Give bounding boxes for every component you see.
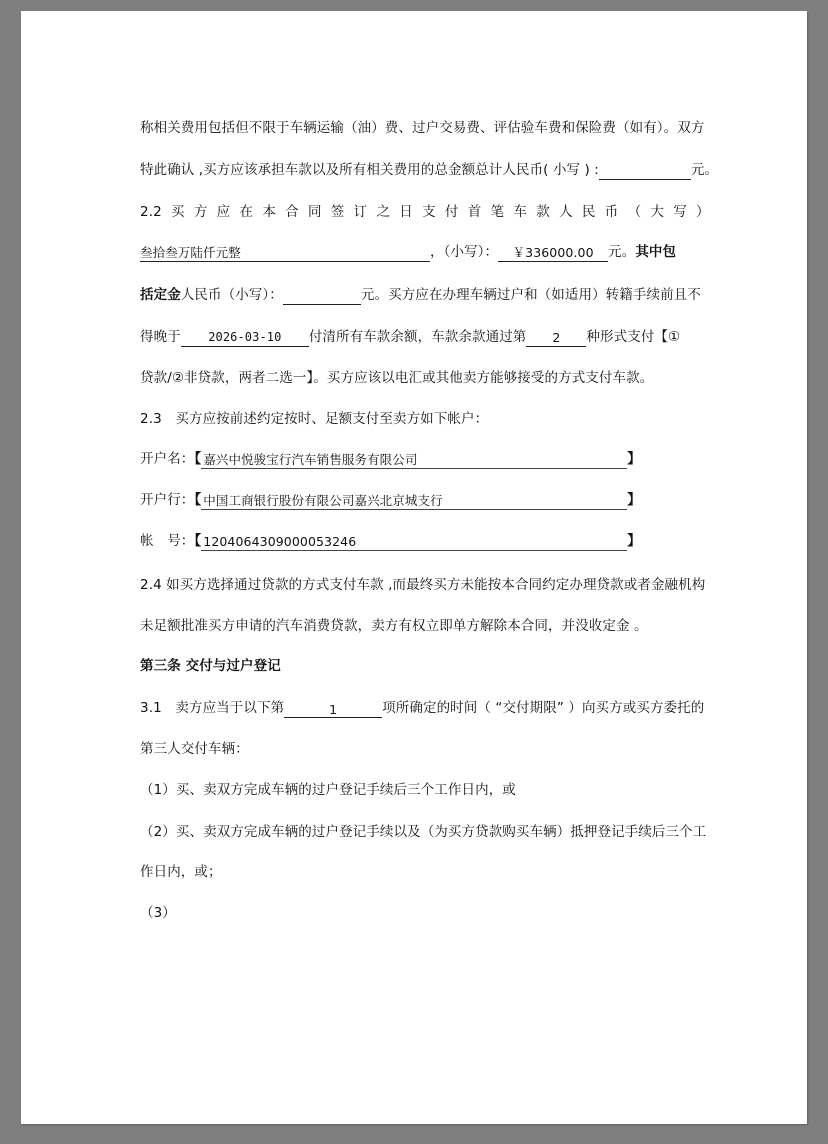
close-bracket: 】 — [627, 492, 641, 508]
section-3-1-line1: 3.1 卖方应当于以下第1项所确定的时间（ “交付期限” ）向买方或买方委托的 — [140, 698, 710, 718]
heading-char: 支 — [422, 202, 436, 222]
deposit-bold-text-2: 括定金 — [140, 287, 181, 303]
section-2-2-deadline-line: 得晚于2026-03-10付清所有车款余额，车款余款通过第2种形式支付【① — [140, 327, 710, 347]
heading-char: 大 — [650, 202, 664, 222]
account-bank-field[interactable]: 中国工商银行股份有限公司嘉兴北京城支行 — [201, 492, 627, 510]
deposit-label: 人民币（小写）： — [181, 287, 283, 303]
heading-char: 方 — [194, 202, 208, 222]
delivery-option-3: （3） — [140, 903, 710, 923]
yuan-label: 元。 — [691, 162, 718, 178]
section-2-2-deposit-line: 括定金人民币（小写）：元。买方应在办理车辆过户和（如适用）转籍手续前且不 — [140, 285, 710, 305]
payment-form-field[interactable]: 2 — [526, 329, 586, 347]
deadline-date-field[interactable]: 2026-03-10 — [181, 329, 309, 347]
paragraph-fees-line1: 称相关费用包括但不限于车辆运输（油）费、过户交易费、评估验车费和保险费（如有）。… — [140, 118, 710, 138]
account-name-field[interactable]: 嘉兴中悦骏宝行汽车销售服务有限公司 — [201, 451, 627, 469]
account-name-row: 开户名：【嘉兴中悦骏宝行汽车销售服务有限公司】 — [140, 449, 710, 469]
yuan-label: 元。 — [608, 244, 635, 260]
heading-char: 2.2 — [140, 202, 162, 222]
section-3-1-prefix: 3.1 卖方应当于以下第 — [140, 700, 284, 716]
open-bracket: 【 — [194, 533, 201, 549]
section-3-1-line2: 第三人交付车辆： — [140, 739, 710, 759]
heading-char: 日 — [399, 202, 413, 222]
section-2-4-line1: 2.4 如买方选择通过贷款的方式支付车款 ,而最终买方未能按本合同约定办理贷款或… — [140, 575, 710, 595]
close-bracket: 】 — [627, 533, 641, 549]
amount-uppercase-field[interactable]: 叁拾叁万陆仟元整 — [140, 244, 430, 262]
heading-char: 款 — [536, 202, 550, 222]
close-bracket: 】 — [627, 451, 641, 467]
heading-char: 买 — [171, 202, 185, 222]
heading-char: 笔 — [491, 202, 505, 222]
total-amount-blank[interactable] — [599, 179, 691, 180]
heading-char: 车 — [513, 202, 527, 222]
delivery-option-1: （1）买、卖双方完成车辆的过户登记手续后三个工作日内，或 — [140, 780, 710, 800]
heading-char: 合 — [285, 202, 299, 222]
account-number-label: 帐 号： — [140, 533, 194, 549]
deadline-suffix-text: 种形式支付【① — [586, 329, 680, 345]
heading-char: 付 — [445, 202, 459, 222]
account-bank-label: 开户行： — [140, 492, 194, 508]
deadline-prefix: 得晚于 — [140, 329, 181, 345]
section-2-2-amount-line: 叁拾叁万陆仟元整，（小写）：￥336000.00元。其中包 — [140, 242, 710, 262]
heading-char: 民 — [582, 202, 596, 222]
section-2-2-heading: 2.2买方应在本合同签订之日支付首笔车款人民币（大写） — [140, 202, 710, 222]
heading-char: （ — [628, 202, 642, 222]
heading-char: 首 — [468, 202, 482, 222]
heading-char: ） — [696, 202, 710, 222]
delivery-item-field[interactable]: 1 — [284, 703, 382, 718]
section-3-1-suffix: 项所确定的时间（ “交付期限” ）向买方或买方委托的 — [382, 700, 704, 716]
heading-char: 写 — [673, 202, 687, 222]
section-2-4-line2: 未足额批准买方申请的汽车消费贷款，卖方有权立即单方解除本合同，并没收定金 。 — [140, 616, 710, 636]
open-bracket: 【 — [194, 451, 201, 467]
deposit-bold-text: 其中包 — [635, 244, 676, 260]
total-amount-label: 特此确认 ,买方应该承担车款以及所有相关费用的总金额总计人民币( 小写 ) : — [140, 162, 599, 178]
paragraph-fees-line2: 特此确认 ,买方应该承担车款以及所有相关费用的总金额总计人民币( 小写 ) :元… — [140, 160, 710, 180]
amount-lowercase-field[interactable]: ￥336000.00 — [498, 244, 608, 262]
account-number-row: 帐 号：【1204064309000053246】 — [140, 531, 710, 551]
heading-char: 签 — [331, 202, 345, 222]
account-name-label: 开户名： — [140, 451, 194, 467]
heading-char: 订 — [354, 202, 368, 222]
heading-char: 本 — [262, 202, 276, 222]
small-amount-label: ，（小写）： — [430, 244, 498, 260]
account-number-field[interactable]: 1204064309000053246 — [201, 533, 627, 551]
deadline-mid-text: 付清所有车款余额，车款余款通过第 — [309, 329, 527, 345]
heading-char: 应 — [217, 202, 231, 222]
heading-char: 币 — [605, 202, 619, 222]
account-bank-row: 开户行：【中国工商银行股份有限公司嘉兴北京城支行】 — [140, 490, 710, 510]
deposit-suffix-text: 元。买方应在办理车辆过户和（如适用）转籍手续前且不 — [361, 287, 701, 303]
open-bracket: 【 — [194, 492, 201, 508]
section-2-2-last-line: 贷款/②非贷款，两者二选一】。买方应该以电汇或其他卖方能够接受的方式支付车款。 — [140, 368, 710, 388]
heading-char: 在 — [239, 202, 253, 222]
heading-char: 人 — [559, 202, 573, 222]
section-2-3-heading: 2.3 买方应按前述约定按时、足额支付至卖方如下帐户： — [140, 409, 710, 429]
delivery-option-2-line1: （2）买、卖双方完成车辆的过户登记手续以及（为买方贷款购买车辆）抵押登记手续后三… — [140, 822, 710, 842]
delivery-option-2-line2: 作日内，或； — [140, 862, 710, 882]
heading-char: 同 — [308, 202, 322, 222]
heading-char: 之 — [376, 202, 390, 222]
deposit-amount-blank[interactable] — [283, 304, 361, 305]
article-3-title: 第三条 交付与过户登记 — [140, 656, 710, 676]
document-page: 称相关费用包括但不限于车辆运输（油）费、过户交易费、评估验车费和保险费（如有）。… — [21, 11, 807, 1124]
